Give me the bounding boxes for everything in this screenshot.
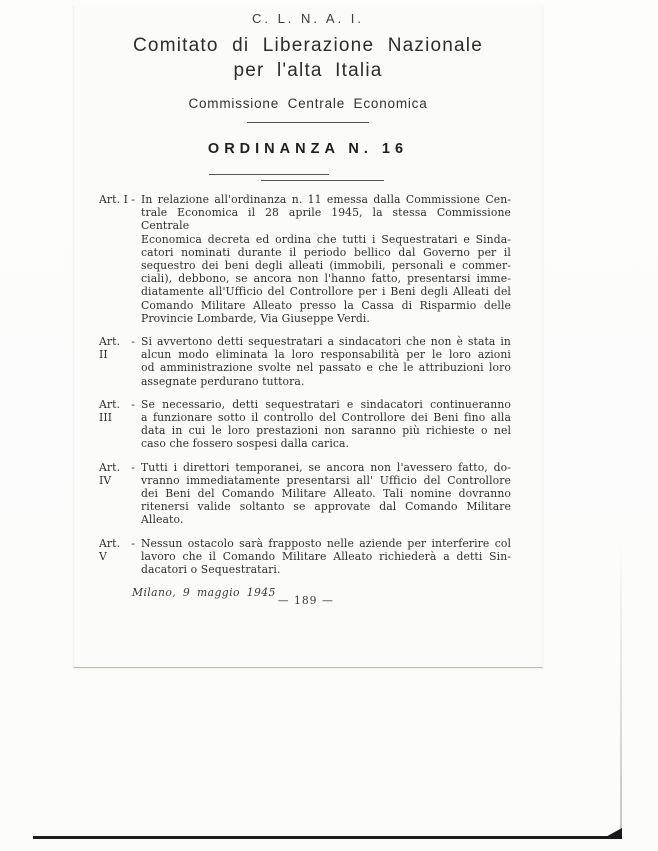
article-text-line: In relazione all'ordinanza n. 11 emessa … [141, 193, 511, 206]
document-header: C. L. N. A. I. Comitato di Liberazione N… [74, 11, 542, 184]
scanned-page-background: C. L. N. A. I. Comitato di Liberazione N… [0, 0, 658, 851]
article-text-line: dacatori o Sequestratari. [141, 563, 511, 576]
scan-bottom-edge-bar [33, 836, 622, 839]
article-separator: - [131, 398, 135, 451]
article-text-line: Provincie Lombarde, Via Giuseppe Verdi. [141, 312, 511, 325]
article-text-line: ritenersi valide soltanto se approvate d… [141, 500, 511, 513]
article-label: Art. IV- [99, 461, 141, 527]
article-row: Art. II-Si avvertono detti sequestratari… [99, 335, 511, 388]
article-text-line: Si avvertono detti sequestratari a sinda… [141, 335, 511, 348]
article-number: Art. I [99, 193, 128, 325]
article-text-line: assegnate perdurano tuttora. [141, 375, 511, 388]
article-text-line: Nessun ostacolo sarà frapposto nelle azi… [141, 537, 511, 550]
article-text-line: Alleato. [141, 513, 511, 526]
org-acronym: C. L. N. A. I. [74, 11, 542, 26]
ordinance-title: ORDINANZA N. 16 [74, 141, 542, 157]
article-separator: - [131, 335, 135, 388]
article-text-line: alcun modo eliminata la loro responsabil… [141, 348, 511, 361]
article-number: Art. III [99, 398, 131, 451]
article-row: Art. I-In relazione all'ordinanza n. 11 … [99, 193, 511, 325]
article-text: Si avvertono detti sequestratari a sinda… [141, 335, 511, 388]
document-footer: Milano, 9 maggio 1945 — 189 — [74, 586, 542, 616]
article-row: Art. IV-Tutti i direttori temporanei, se… [99, 461, 511, 527]
article-row: Art. III-Se necessario, detti sequestrat… [99, 398, 511, 451]
title-divider-rule-upper [209, 174, 329, 175]
article-text-line: ciali), debbono, se ancora non l'hanno f… [141, 272, 511, 285]
article-separator: - [131, 461, 135, 527]
title-divider-rules [74, 172, 542, 184]
header-divider-rule [247, 122, 369, 123]
article-text: In relazione all'ordinanza n. 11 emessa … [141, 193, 511, 325]
article-text-line: sequestro dei beni degli alleati (immobi… [141, 259, 511, 272]
commission-name: Commissione Centrale Economica [74, 96, 542, 111]
page-number: — 189 — [278, 594, 334, 607]
book-page-right-edge [620, 540, 622, 837]
article-row: Art. V-Nessun ostacolo sarà frapposto ne… [99, 537, 511, 577]
article-text-line: Comando Militare Alleato presso la Cassa… [141, 299, 511, 312]
article-number: Art. IV [99, 461, 131, 527]
ordinance-document: C. L. N. A. I. Comitato di Liberazione N… [73, 5, 543, 668]
article-text-line: Economica decreta ed ordina che tutti i … [141, 233, 511, 246]
article-number: Art. II [99, 335, 131, 388]
article-text-line: trale Economica il 28 aprile 1945, la st… [141, 206, 511, 232]
article-text-line: catori nominati durante il periodo belli… [141, 246, 511, 259]
article-separator: - [131, 537, 135, 577]
article-text-line: data in cui le loro prestazioni non sara… [141, 424, 511, 437]
article-text: Se necessario, detti sequestratari e sin… [141, 398, 511, 451]
article-text-line: vranno immediatamente presentarsi all' U… [141, 474, 511, 487]
article-text-line: Tutti i direttori temporanei, se ancora … [141, 461, 511, 474]
article-text-line: caso che fossero sospesi dalla carica. [141, 437, 511, 450]
article-number: Art. V [99, 537, 131, 577]
article-text-line: lavoro che il Comando Militare Alleato r… [141, 550, 511, 563]
article-text: Tutti i direttori temporanei, se ancora … [141, 461, 511, 527]
article-text-line: od amministrazione svolte nel passato e … [141, 361, 511, 374]
org-name-line2: per l'alta Italia [74, 60, 542, 82]
article-separator: - [131, 193, 135, 325]
scan-bottom-corner [602, 828, 622, 839]
org-name-line1: Comitato di Liberazione Nazionale [74, 35, 542, 57]
articles-section: Art. I-In relazione all'ordinanza n. 11 … [74, 193, 542, 576]
dateline: Milano, 9 maggio 1945 [132, 586, 276, 599]
article-label: Art. V- [99, 537, 141, 577]
article-text-line: a funzionare sotto il controllo del Cont… [141, 411, 511, 424]
article-text: Nessun ostacolo sarà frapposto nelle azi… [141, 537, 511, 577]
article-label: Art. I- [99, 193, 141, 325]
article-text-line: Se necessario, detti sequestratari e sin… [141, 398, 511, 411]
article-label: Art. III- [99, 398, 141, 451]
article-text-line: dei Beni del Comando Militare Alleato. T… [141, 487, 511, 500]
article-text-line: diatamente all'Ufficio del Controllore p… [141, 285, 511, 298]
title-divider-rule-lower [261, 180, 384, 181]
article-label: Art. II- [99, 335, 141, 388]
